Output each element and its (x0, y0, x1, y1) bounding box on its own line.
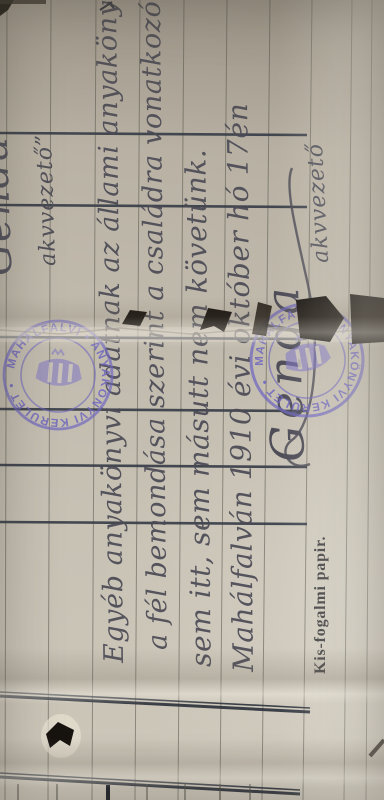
tear-hole (122, 310, 147, 326)
tear-damage-layer (0, 0, 384, 800)
registry-document: Egyéb anyakönyvi adatnak az állami anyak… (0, 0, 384, 800)
edge-mark (370, 740, 384, 756)
tear-hole (350, 294, 384, 344)
document-photo: Egyéb anyakönyvi adatnak az állami anyak… (0, 0, 384, 800)
ink-tick (100, 2, 114, 10)
